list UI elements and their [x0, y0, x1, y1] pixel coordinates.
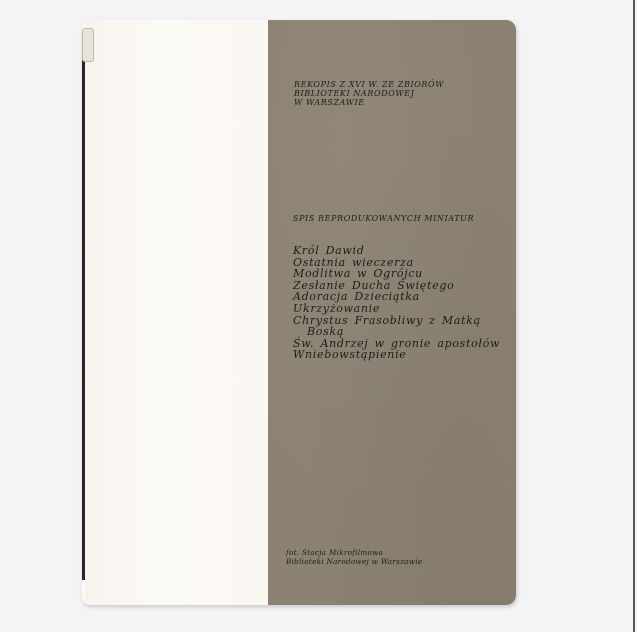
miniatures-list-title: SPIS REPRODUKOWANYCH MINIATUR — [293, 214, 513, 223]
spine-binding-tab — [82, 28, 94, 62]
header-line: w WARSZAWIE — [294, 98, 494, 107]
booklet-back-cover: REKOPIS z XVI w. ze ZBIORÓW BIBLIOTEKI N… — [82, 20, 516, 605]
brown-panel: REKOPIS z XVI w. ze ZBIORÓW BIBLIOTEKI N… — [268, 20, 516, 605]
header-line: REKOPIS z XVI w. ze ZBIORÓW — [294, 80, 494, 89]
spine-edge — [82, 50, 85, 580]
miniatures-list: Król Dawid Ostatnia wieczerza Modlitwa w… — [293, 245, 516, 361]
manuscript-source-header: REKOPIS z XVI w. ze ZBIORÓW BIBLIOTEKI N… — [294, 80, 494, 107]
photo-credit: fot. Stacja Mikrofilmowa Biblioteki Naro… — [286, 549, 506, 566]
scan-edge-line — [633, 0, 635, 632]
header-line: BIBLIOTEKI NARODOWEJ — [294, 89, 494, 98]
cream-panel — [85, 20, 268, 605]
credit-line: Biblioteki Narodowej w Warszawie — [286, 558, 506, 567]
list-item: Chrystus Frasobliwy z MatkąBoską — [293, 315, 516, 338]
list-item: Wniebowstąpienie — [293, 349, 516, 361]
